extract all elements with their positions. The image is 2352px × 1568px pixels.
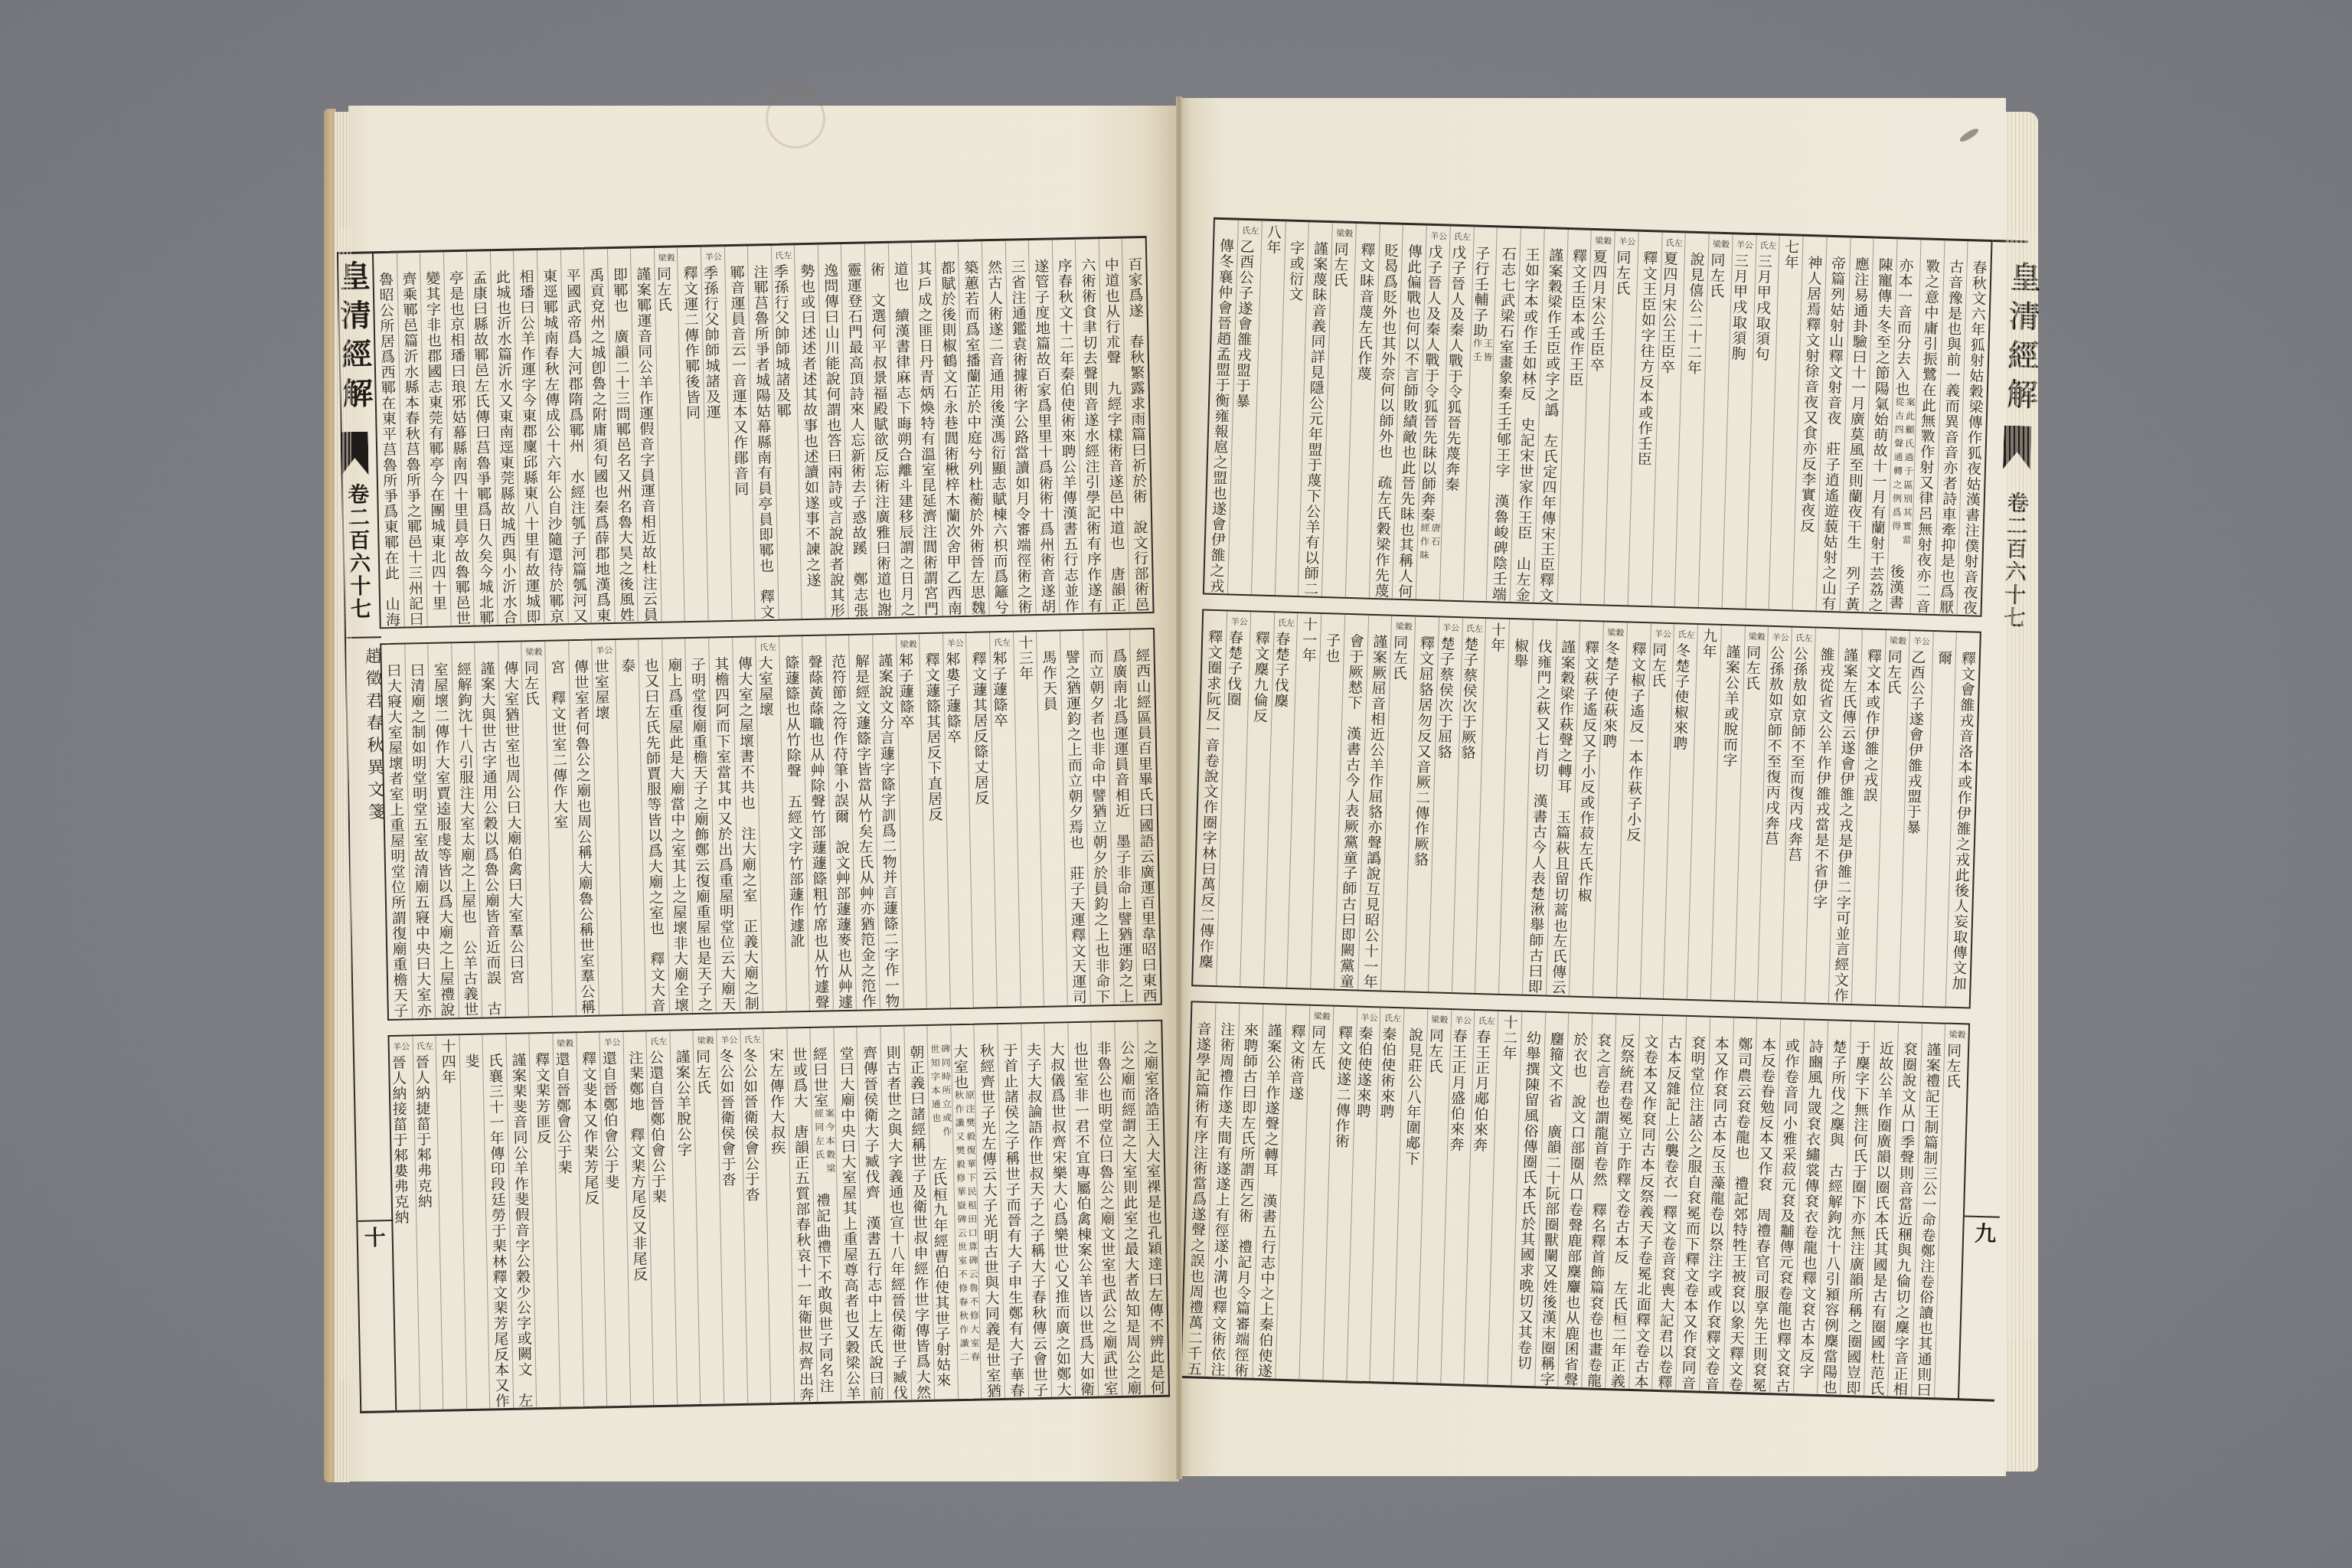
commentary-source-label: 左氏: [1793, 631, 1815, 647]
commentary-source-label: 穀梁: [554, 1036, 576, 1052]
running-head-series: 皇清經解: [2002, 261, 2040, 418]
column-text: 釋文斐本又作棐芳尾反: [580, 1051, 599, 1206]
commentary-source-label: 左氏: [1675, 627, 1697, 643]
running-head-series: 皇清經解: [335, 260, 372, 416]
column-text: 馬作天員: [1040, 649, 1058, 711]
commentary-source-label: 穀梁: [1605, 626, 1627, 642]
column-text: 經曰世室: [811, 1047, 829, 1109]
interlinear-note: 碑同時所立或作世知字本通也: [929, 1044, 953, 1141]
commentary-source-label: 公羊: [1358, 1011, 1380, 1027]
column-text: 公還自晉鄭伯會公于棐: [647, 1050, 667, 1204]
column-text: 宋左傳作大叔疾: [767, 1047, 786, 1156]
column-text: 子行壬輔子助: [1471, 245, 1490, 338]
commentary-source-label: 左氏: [1240, 224, 1262, 240]
column-text: 椒舉: [1511, 638, 1529, 669]
commentary-source-label: 左氏: [757, 640, 779, 656]
commentary-source-label: 穀梁: [1429, 1012, 1451, 1028]
column-text: 還自晉鄭伯會公于斐: [600, 1050, 620, 1190]
commentary-source-label: 公羊: [1652, 626, 1674, 642]
column-text: 邾子蘧篨卒: [990, 651, 1008, 728]
column-text: 謹案公羊或脫而字: [1720, 644, 1741, 768]
column-text: 冬楚子使萩來聘: [1600, 641, 1620, 750]
year-heading: 八年: [1264, 224, 1282, 256]
column-text: 爾: [1935, 650, 1953, 666]
column-text: 釋文椒子遙反一本作萩子小反: [1624, 642, 1647, 843]
lower-register: 穀梁同左氏謹案禮記王制篇制三公一命卷鄭注卷俗讀也其通則曰袞圈說文从口季聲則音當近…: [1180, 1001, 1970, 1400]
commentary-source-label: 穀梁: [1710, 237, 1733, 253]
column-text: 傳大室猶世室也周公曰大廟伯禽曰大室羣公曰宮: [501, 661, 525, 986]
column-text: 注棐鄭地 釋文棐方尾反又非尾反: [626, 1050, 648, 1282]
column-text: 釋文眛音蔑左氏作蔑: [1354, 242, 1375, 381]
margin-divider: [346, 636, 381, 639]
column-text: 說見莊公八年圍郕下: [1403, 1027, 1423, 1166]
column-text: 後漢書: [1886, 548, 1905, 610]
commentary-source-label: 公羊: [1452, 1013, 1475, 1029]
commentary-source-label: 公羊: [593, 643, 615, 659]
column-text: 乙酉公子遂會伊雒戎盟于暴: [1904, 649, 1926, 835]
column-text: 同左氏: [1944, 1043, 1962, 1089]
ink-smudge: [1958, 126, 1981, 143]
column-text: 乙酉公子遂會雒戎盟于暴: [1233, 239, 1255, 410]
commentary-source-label: 左氏: [1452, 230, 1474, 246]
fishtail-mark-icon: [2003, 426, 2032, 470]
commentary-source-label: 穀梁: [1946, 1027, 1968, 1044]
commentary-source-label: 穀梁: [523, 645, 544, 661]
year-heading: 十四年: [439, 1038, 456, 1085]
right-page-print-frame: 春秋文六年狐射姑穀梁傳作狐夜姑漢書注僕射音夜夜古音豫是也與前一義而異音音亦者詩車…: [1180, 217, 2027, 1402]
column-text: 之廟室洛誥王入大室祼是也孔穎達曰左傳不辨此是何: [1142, 1040, 1165, 1395]
margin-divider: [358, 1220, 393, 1222]
column-text: 春楚子伐麇: [1272, 631, 1291, 709]
book-gutter: [1176, 96, 1182, 1479]
column-text: 百家爲遂 春秋繁露求雨篇曰祈於術 說文行部術邑: [1125, 256, 1149, 612]
commentary-source-label: 左氏: [991, 635, 1013, 652]
commentary-source-label: 穀梁: [1746, 629, 1769, 645]
commentary-source-label: 穀梁: [1393, 619, 1415, 635]
right-page: 春秋文六年狐射姑穀梁傳作狐夜姑漢書注僕射音夜夜古音豫是也與前一義而異音音亦者詩車…: [1179, 98, 2006, 1476]
column-text: 還自晉鄭會公于棐: [553, 1051, 572, 1175]
running-head-volume: 卷二百六十七: [1998, 491, 2032, 629]
year-heading: 十三年: [1016, 635, 1034, 681]
year-heading: 七年: [1782, 239, 1799, 270]
column-text: 謹案公羊脫公字: [673, 1049, 692, 1158]
commentary-source-label: 穀梁: [655, 250, 677, 266]
commentary-source-label: 公羊: [390, 1039, 412, 1055]
column-text: 釋文使遂二傳作術: [1333, 1025, 1354, 1149]
column-text: 冬公如晉衛侯會公于沓: [740, 1047, 760, 1202]
column-text: 釋文麇九倫反: [1251, 630, 1270, 724]
column-text: 經西山經區員百里畢氏曰國語云廣運百里韋昭曰東西: [1133, 648, 1157, 1004]
column-text: 釋文屈貉居勿反又音厥二傳作厥貉: [1411, 635, 1435, 868]
column-text: 亦本一音而分去入也: [1893, 257, 1913, 397]
commentary-source-label: 左氏: [1663, 236, 1685, 252]
column-text: 楚子蔡侯次于厥貉: [1459, 636, 1479, 760]
commentary-source-label: 公羊: [1440, 620, 1462, 636]
column-text: 鄆音運員音云一音運本又作鄖音同: [728, 265, 750, 497]
column-text: 宮 釋文世室二傳作大室: [548, 659, 568, 830]
column-text: 篨蘧篨也从竹除聲 五經文字竹部蘧作遽訛: [782, 655, 805, 949]
fishtail-mark-icon: [341, 431, 369, 475]
column-text: 子也: [1323, 632, 1341, 664]
column-text: 晉人納接菑于邾婁弗克納: [389, 1055, 409, 1226]
text-area: 春秋文六年狐射姑穀梁傳作狐夜姑漢書注僕射音夜夜古音豫是也與前一義而異音音亦者詩車…: [1180, 217, 1992, 1401]
column-text: 勢也或曰述述者述其故事也述讀如遂事不諫之遂: [798, 263, 822, 589]
commentary-source-label: 左氏: [414, 1039, 436, 1055]
column-text: 字或衍文: [1286, 240, 1305, 302]
column-text: 釋文運二傳作鄆後皆同: [681, 266, 701, 420]
commentary-source-label: 公羊: [718, 1033, 740, 1049]
note-line: 世知字本通也: [929, 1044, 942, 1141]
column-text: 釋文蘧篨其居反下直居反: [923, 652, 942, 823]
column-text: 同左氏: [1426, 1027, 1444, 1074]
column-text: 說見僖公二十二年: [1684, 252, 1705, 376]
column-text: 春王正月郕伯來奔: [1471, 1029, 1491, 1153]
page-number: 十: [361, 1226, 386, 1248]
column-text: 春楚子伐圈: [1224, 629, 1243, 707]
commentary-source-label: 左氏: [1464, 621, 1486, 637]
column-text: 夏四月宋公壬臣卒: [1587, 249, 1608, 373]
page-number: 九: [1971, 1222, 1997, 1244]
column-text: 同左氏: [1308, 1024, 1327, 1071]
column-text: 季孫行父帥師城諸及鄆: [772, 263, 792, 418]
lower-register: 之廟室洛誥王入大室祼是也孔穎達曰左傳不辨此是何公之廟而經謂之大室則此室之最大者故…: [387, 1020, 1170, 1413]
commentary-source-label: 左氏: [648, 1034, 669, 1050]
commentary-source-label: 左氏: [1276, 616, 1298, 632]
note-line: 經作眛: [1419, 522, 1431, 563]
column-text: 楚子蔡侯次于屈貉: [1435, 635, 1455, 759]
text-area: 百家爲遂 春秋繁露求雨篇曰祈於術 說文行部術邑中道也从行朮聲 九經字樣術音遂邑中…: [372, 236, 1170, 1413]
column-text: 冬公如晉衛侯會于沓: [717, 1048, 737, 1187]
column-text: 春王正月盛伯來奔: [1447, 1028, 1468, 1152]
column-text: 大室屋壞: [756, 655, 774, 717]
commentary-source-label: 公羊: [1911, 634, 1933, 650]
column-text: 秦伯使遂來聘: [1354, 1025, 1373, 1119]
column-text: 同左氏: [1743, 645, 1762, 691]
column-text: 世室屋壞: [592, 658, 610, 720]
commentary-source-label: 公羊: [1428, 229, 1450, 245]
upper-register: 百家爲遂 春秋繁露求雨篇曰祈於術 說文行部術邑中道也从行朮聲 九經字樣術音遂邑中…: [372, 236, 1155, 629]
middle-register: 釋文會雒戎音洛本或作伊雒之戎此後人妄取傳文加爾公羊乙酉公子遂會伊雒戎盟于暴穀梁同…: [1191, 609, 1981, 1008]
column-text: 同左氏: [655, 266, 672, 312]
year-heading: 九年: [1700, 628, 1717, 659]
column-text: 邾婁子蘧篨卒: [943, 652, 962, 745]
commentary-source-label: 穀梁: [1311, 1009, 1333, 1025]
commentary-source-label: 左氏: [773, 248, 794, 264]
note-line: 經同左氏: [813, 1108, 825, 1177]
commentary-source-label: 公羊: [945, 636, 966, 652]
commentary-source-label: 公羊: [1769, 630, 1792, 646]
column-text: 同左氏: [1613, 250, 1632, 296]
interlinear-note: 唐石經作眛: [1419, 522, 1442, 564]
commentary-source-label: 公羊: [1733, 237, 1756, 253]
column-text: 冬楚子使椒來聘: [1671, 642, 1690, 751]
column-text: 季孫行父帥師城諸及運: [701, 265, 721, 420]
column-text: 三月甲戌取須句: [1753, 253, 1772, 362]
column-text: 泰: [619, 658, 635, 675]
column-text: 釋文本或作伊雒之戎誤: [1860, 648, 1882, 803]
commentary-source-label: 左氏: [1382, 1011, 1404, 1027]
year-heading: 十一年: [1299, 616, 1318, 663]
commentary-source-label: 公羊: [703, 250, 724, 266]
upper-register: 春秋文六年狐射姑穀梁傳作狐夜姑漢書注僕射音夜夜古音豫是也與前一義而異音音亦者詩車…: [1203, 217, 1993, 617]
column-text: 釋文王臣如字往方反本或作壬臣: [1635, 250, 1658, 467]
column-text: 同左氏: [1649, 642, 1668, 688]
commentary-source-label: 穀梁: [1887, 633, 1909, 649]
commentary-source-label: 公羊: [1616, 234, 1638, 250]
commentary-source-label: 公羊: [1228, 614, 1250, 630]
commentary-source-label: 穀梁: [1334, 226, 1356, 242]
middle-register: 經西山經區員百里畢氏曰國語云廣運百里韋昭曰東西爲廣南北爲運運員音相近 墨子非命上…: [380, 628, 1162, 1021]
commentary-source-label: 穀梁: [897, 637, 919, 653]
running-head-volume: 卷二百六十七: [341, 482, 375, 621]
column-text: 同左氏: [522, 660, 540, 707]
commentary-source-label: 穀梁: [1592, 234, 1615, 250]
commentary-source-label: 公羊: [601, 1035, 622, 1051]
margin-divider: [1965, 1215, 2000, 1217]
left-page-print-frame: 皇清經解 卷二百六十七 趙徵君春秋異文箋 十 百家爲遂 春秋繁露求雨篇曰祈於術 …: [337, 236, 1170, 1413]
column-text: 晉人納捷菑于邾弗克納: [413, 1054, 433, 1209]
column-text: 邾子蘧篨卒: [897, 652, 915, 730]
note-line: 王皆: [1482, 338, 1494, 366]
left-page: 皇清經解 卷二百六十七 趙徵君春秋異文箋 十 百家爲遂 春秋繁露求雨篇曰祈於術 …: [348, 106, 1179, 1481]
column-text: 秦伯使術來聘: [1377, 1026, 1396, 1119]
water-stain-ring: [766, 89, 825, 149]
column-text: 同左氏: [1884, 648, 1903, 695]
column-text: 左氏桓九年經曹伯使其世子射姑來: [929, 1140, 951, 1388]
interlinear-note: 案今本穀梁經同左氏: [813, 1108, 836, 1178]
column-text: 釋文棐芳匪反: [533, 1052, 551, 1145]
column-text: 三月甲戌取須朐: [1729, 253, 1749, 361]
commentary-source-label: 穀梁: [694, 1033, 716, 1049]
column-text: 同左氏: [1390, 635, 1409, 681]
note-line: 作壬: [1472, 338, 1483, 366]
column-text: 變其字非也郡國志東莞有鄆亭今在團城東北四十里: [423, 271, 447, 612]
commentary-source-label: 左氏: [1476, 1014, 1498, 1030]
interlinear-note: 王皆作壬: [1472, 338, 1494, 367]
column-text: 同左氏: [1331, 241, 1349, 288]
column-text: 釋文術音遂: [1287, 1024, 1306, 1102]
year-heading: 十二年: [1500, 1014, 1518, 1061]
column-text: 夏四月宋公王臣卒: [1658, 251, 1679, 375]
column-text: 釋文蘧其居反篨丈居反: [969, 651, 989, 805]
column-text: 大室也: [951, 1044, 969, 1090]
commentary-source-label: 左氏: [1757, 238, 1779, 254]
year-heading: 十年: [1488, 622, 1506, 653]
column-text: 禮記曲禮下不敢與世子同名注: [813, 1177, 835, 1393]
column-text: 同左氏: [1707, 252, 1726, 299]
column-text: 斐: [462, 1053, 479, 1070]
column-text: 釋文壬臣本或作王臣: [1566, 248, 1587, 387]
commentary-source-label: 左氏: [742, 1032, 763, 1048]
column-text: 同左氏: [694, 1049, 711, 1096]
